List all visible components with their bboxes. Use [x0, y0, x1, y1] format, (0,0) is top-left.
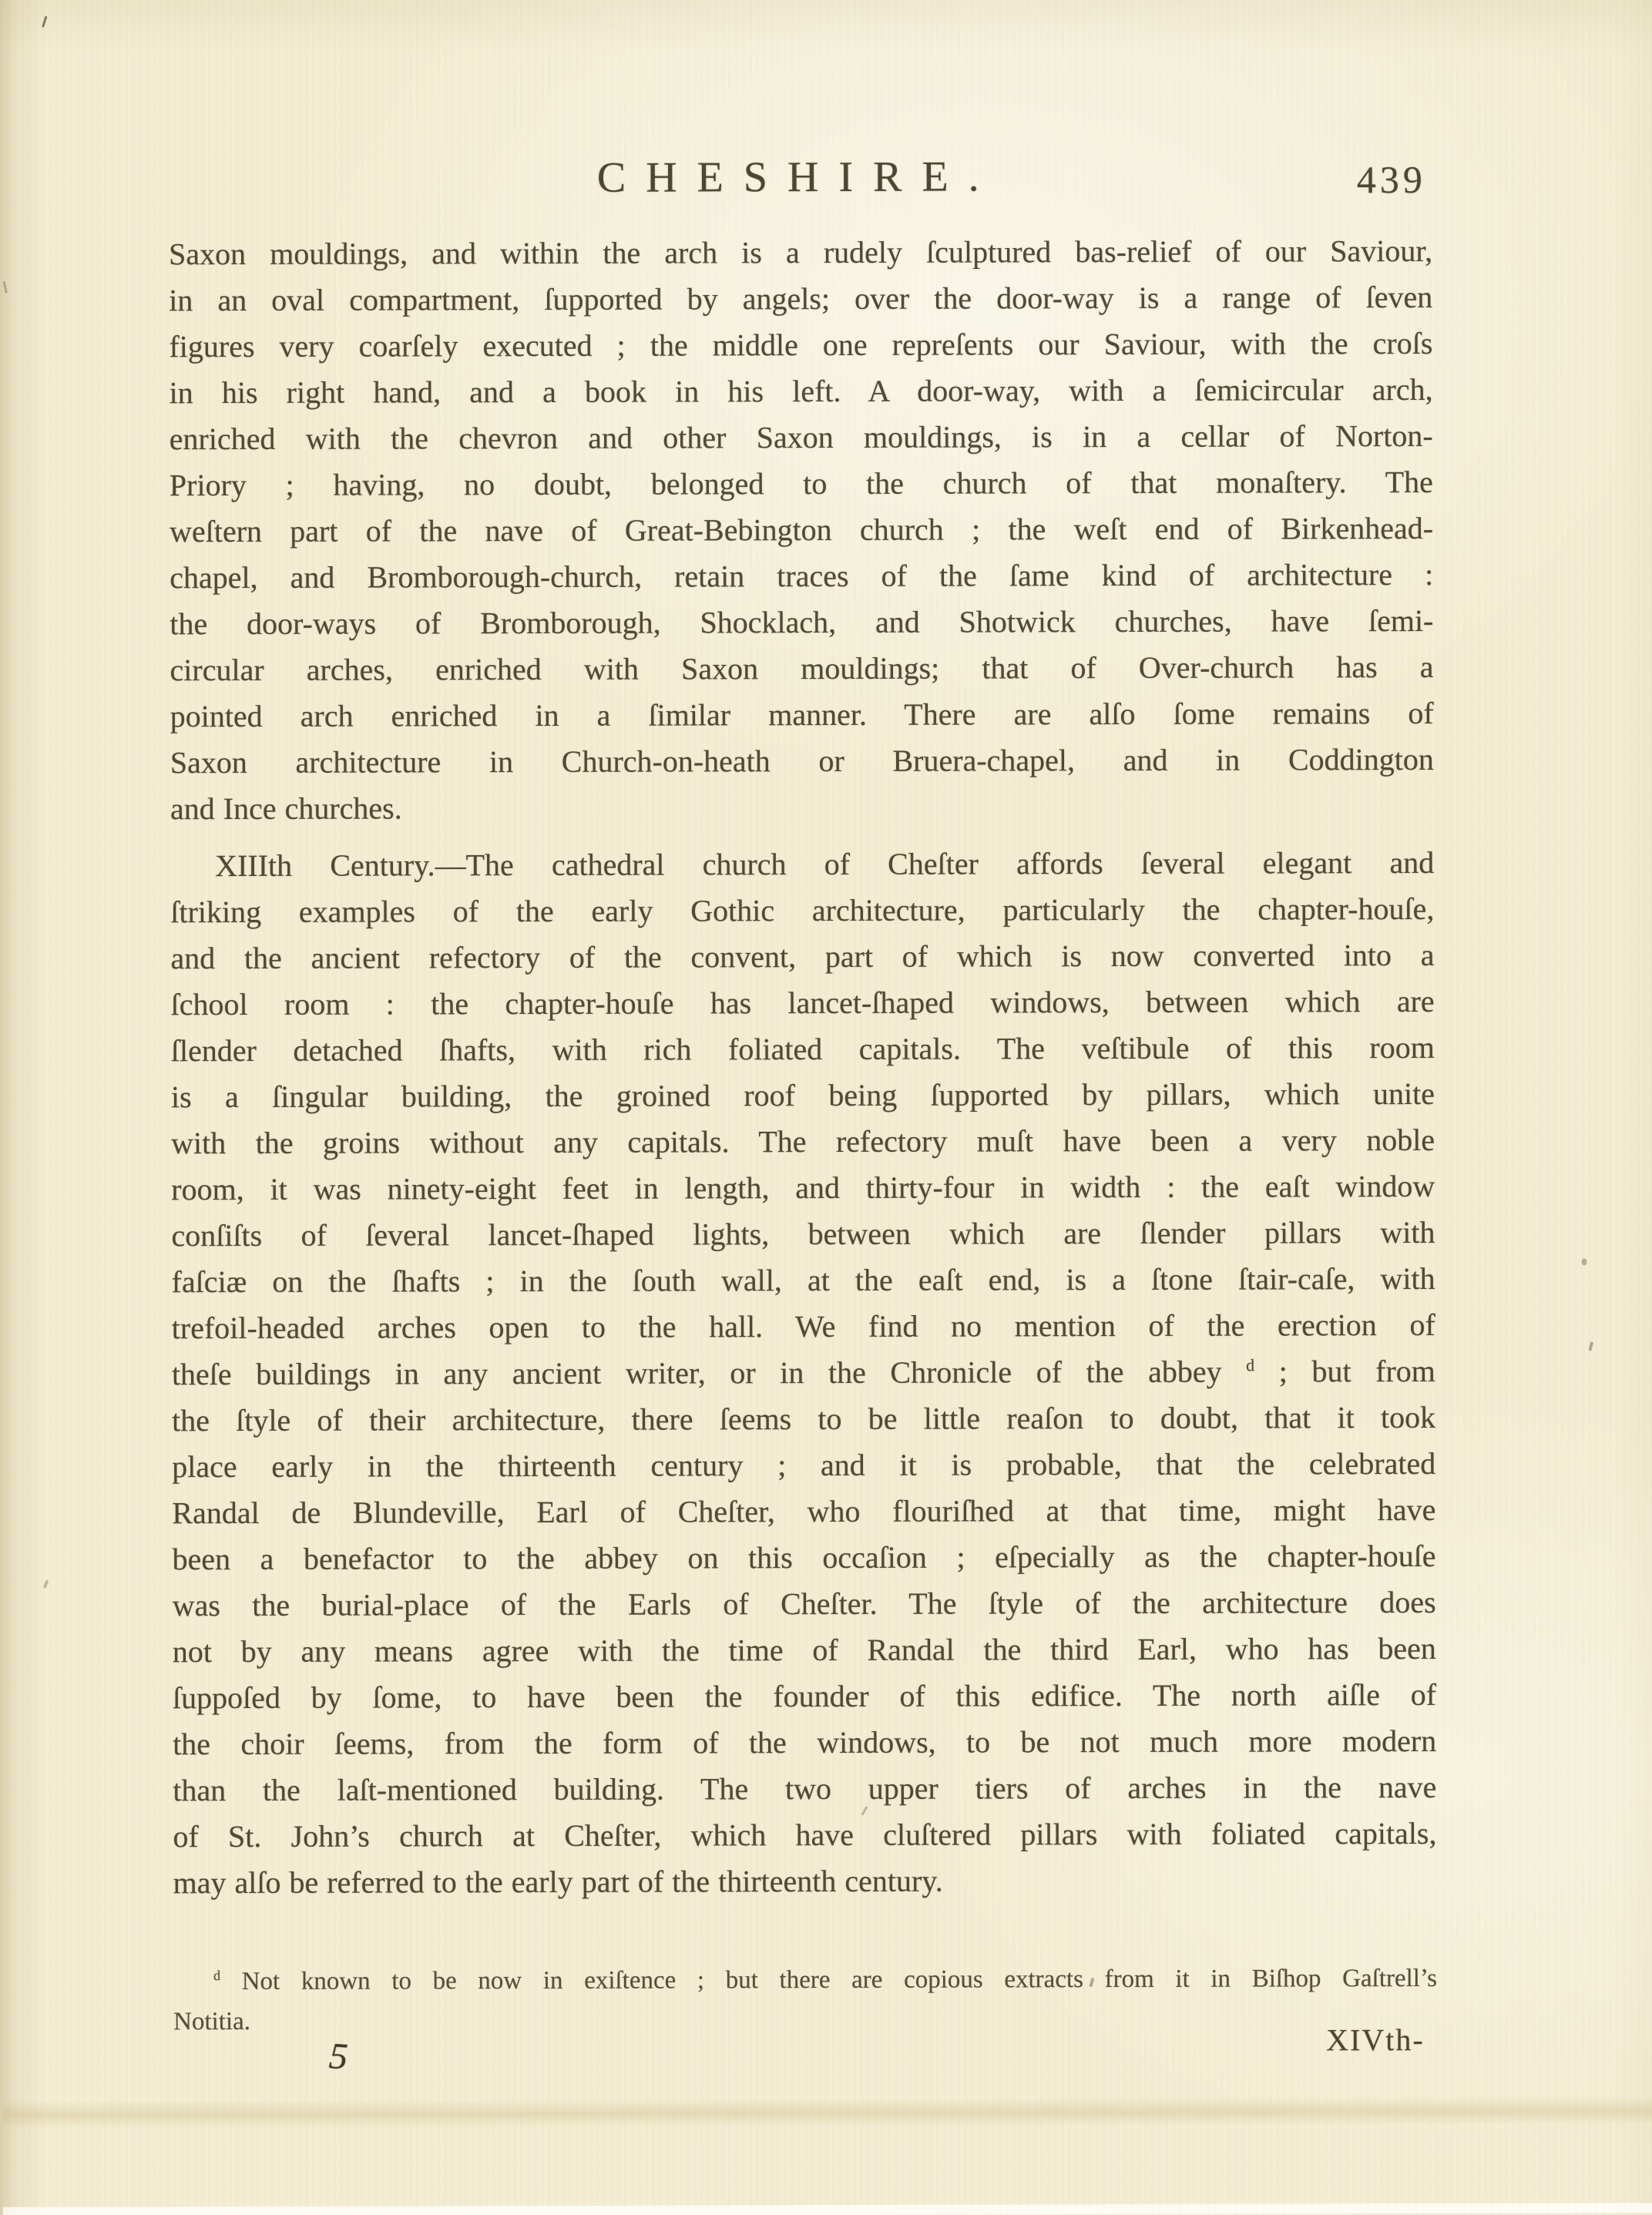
text-line: is a ſingular building, the groined roof… [171, 1071, 1435, 1120]
text-line: been a benefactor to the abbey on this o… [172, 1533, 1435, 1582]
paragraph: XIIIth Century.—The cathedral church of … [170, 840, 1437, 1906]
text-line: pointed arch enriched in a ſimilar manne… [170, 690, 1434, 740]
footnote-reference: d [1246, 1355, 1254, 1374]
page-content: CHESHIRE. 439 Saxon mouldings, and withi… [0, 0, 1652, 2215]
body-text: Saxon mouldings, and within the arch is … [169, 228, 1437, 1906]
page-bottom-edge [3, 2203, 1652, 2215]
text-line: than the laſt-mentioned building. The tw… [173, 1764, 1436, 1814]
signature-mark: 5 [327, 2035, 349, 2078]
text-line: may alſo be referred to the early part o… [173, 1857, 1437, 1906]
text-line: ſtriking examples of the early Gothic ar… [170, 886, 1434, 935]
text-line: faſciæ on the ſhafts ; in the ſouth wall… [172, 1256, 1435, 1305]
text-line: Randal de Blundeville, Earl of Cheſter, … [172, 1487, 1435, 1536]
scan-speck [42, 16, 47, 28]
page-number: 439 [1357, 157, 1426, 202]
text-line: enriched with the chevron and other Saxo… [170, 413, 1433, 462]
text-line: Notitia. [173, 1999, 1437, 2042]
text-line: ſlender detached ſhafts, with rich folia… [171, 1025, 1435, 1074]
text-line: trefoil-headed arches open to the hall. … [172, 1302, 1435, 1351]
text-line: of St. John’s church at Cheſter, which h… [173, 1811, 1436, 1860]
scan-speck [1582, 1258, 1587, 1265]
text-line: and the ancient refectory of the convent… [170, 932, 1434, 982]
text-line: figures very coarſely executed ; the mid… [169, 321, 1432, 370]
scan-speck [3, 281, 8, 294]
text-line: the ſtyle of their architecture, there ſ… [172, 1394, 1435, 1444]
text-line: Saxon mouldings, and within the arch is … [169, 228, 1432, 277]
text-line: chapel, and Bromborough-church, retain t… [170, 552, 1433, 601]
scan-speck [1588, 1341, 1593, 1351]
text-line: circular arches, enriched with Saxon mou… [170, 644, 1433, 693]
text-line: the door-ways of Bromborough, Shocklach,… [170, 598, 1433, 647]
text-line: was the burial-place of the Earls of Che… [173, 1579, 1436, 1629]
catchword: XIVth- [1326, 2022, 1425, 2058]
running-head-title: CHESHIRE. [597, 152, 999, 202]
text-line: in his right hand, and a book in his lef… [169, 367, 1432, 416]
text-line: conſiſts of ſeveral lancet-ſhaped lights… [171, 1210, 1435, 1259]
paper-crease [2, 2096, 1652, 2129]
text-line: ſchool room : the chapter-houſe has lanc… [171, 978, 1435, 1028]
text-line: in an oval compartment, ſupported by ang… [169, 274, 1432, 324]
scan-speck [43, 1579, 49, 1589]
text-line: Priory ; having, no doubt, belonged to t… [170, 459, 1433, 508]
text-line: room, it was ninety-eight feet in length… [171, 1163, 1435, 1213]
text-line: d Not known to be now in exiſtence ; but… [173, 1958, 1437, 2002]
text-line: with the groins without any capitals. Th… [171, 1117, 1435, 1166]
text-line: XIIIth Century.—The cathedral church of … [170, 840, 1434, 889]
footnote-reference: d [213, 1968, 220, 1983]
text-line: Saxon architecture in Church-on-heath or… [170, 737, 1434, 786]
paragraph: Saxon mouldings, and within the arch is … [169, 228, 1434, 832]
text-line: the choir ſeems, from the form of the wi… [173, 1718, 1436, 1767]
text-line: theſe buildings in any ancient writer, o… [172, 1348, 1435, 1398]
text-line: and Ince churches. [170, 783, 1434, 832]
book-page: CHESHIRE. 439 Saxon mouldings, and withi… [0, 0, 1652, 2215]
footnote: d Not known to be now in exiſtence ; but… [173, 1958, 1437, 2042]
text-line: weſtern part of the nave of Great-Bebing… [170, 505, 1433, 555]
text-line: ſuppoſed by ſome, to have been the found… [173, 1672, 1436, 1721]
text-line: not by any means agree with the time of … [173, 1626, 1436, 1675]
text-line: place early in the thirteenth century ; … [172, 1441, 1435, 1490]
